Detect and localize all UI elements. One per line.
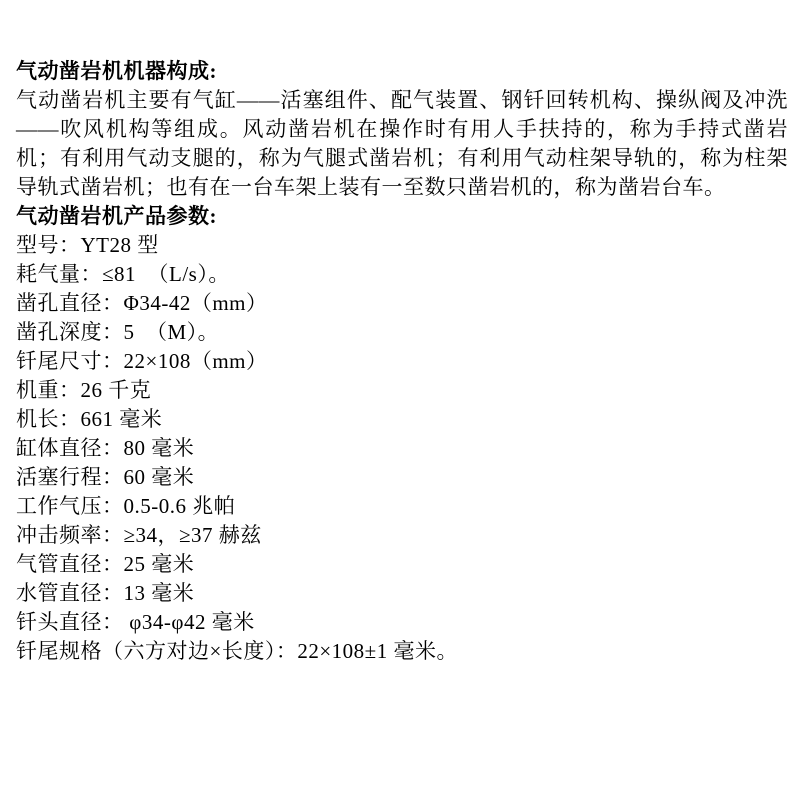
parameter-line: 钎尾尺寸：22×108（mm）	[16, 347, 788, 376]
parameter-line: 水管直径：13 毫米	[16, 579, 788, 608]
parameter-line: 钎尾规格（六方对边×长度）：22×108±1 毫米。	[16, 637, 788, 666]
parameter-line: 钎头直径： φ34-φ42 毫米	[16, 608, 788, 637]
composition-paragraph: 气动凿岩机主要有气缸——活塞组件、配气装置、钢钎回转机构、操纵阀及冲洗——吹风机…	[16, 86, 788, 202]
parameter-line: 机重：26 千克	[16, 376, 788, 405]
parameter-line: 耗气量：≤81 （L/s）。	[16, 260, 788, 289]
parameters-section-heading: 气动凿岩机产品参数:	[16, 202, 788, 231]
composition-section-heading: 气动凿岩机机器构成:	[16, 57, 788, 86]
parameter-line: 气管直径：25 毫米	[16, 550, 788, 579]
parameter-line: 凿孔深度：5 （M）。	[16, 318, 788, 347]
parameter-line: 缸体直径：80 毫米	[16, 434, 788, 463]
parameter-line: 凿孔直径：Φ34-42（mm）	[16, 289, 788, 318]
parameter-line: 活塞行程：60 毫米	[16, 463, 788, 492]
parameter-line: 工作气压：0.5-0.6 兆帕	[16, 492, 788, 521]
document-page: 气动凿岩机机器构成: 气动凿岩机主要有气缸——活塞组件、配气装置、钢钎回转机构、…	[0, 0, 800, 800]
parameter-line: 型号：YT28 型	[16, 231, 788, 260]
parameter-list: 型号：YT28 型耗气量：≤81 （L/s）。凿孔直径：Φ34-42（mm）凿孔…	[16, 231, 788, 666]
parameter-line: 冲击频率：≥34，≥37 赫兹	[16, 521, 788, 550]
parameter-line: 机长：661 毫米	[16, 405, 788, 434]
